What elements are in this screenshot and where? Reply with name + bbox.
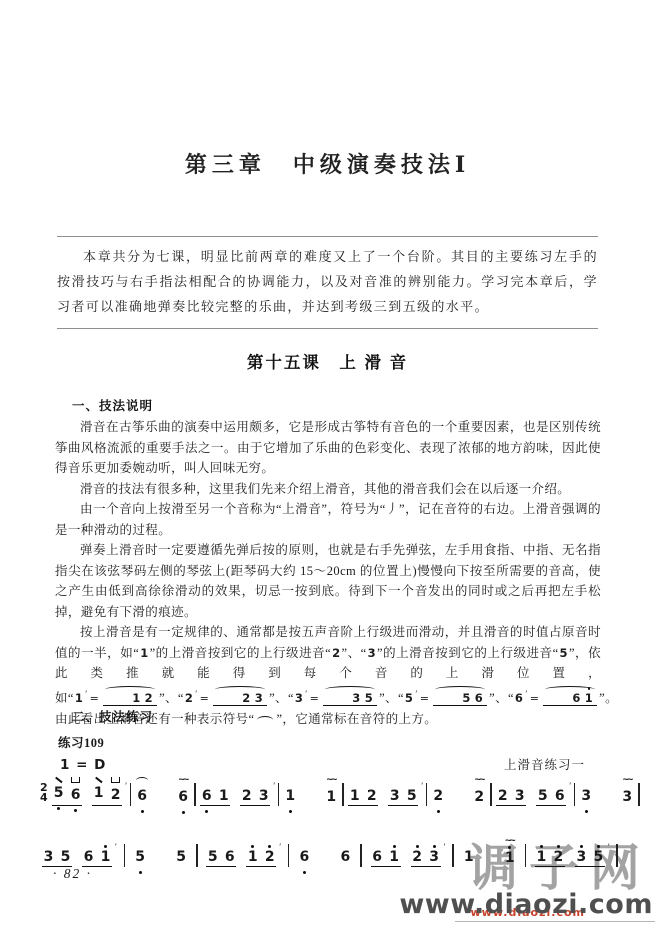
beam-group: 12	[346, 775, 380, 814]
measure: 1~~1	[460, 836, 518, 876]
beam-group: 56	[50, 775, 84, 813]
jianpu-note: 1	[533, 836, 550, 875]
measure: 1~~1	[282, 775, 340, 815]
note-number: 6	[84, 850, 94, 865]
bar-line	[342, 783, 344, 806]
note-number: 2	[474, 790, 484, 805]
note-number: 1	[326, 790, 336, 805]
note-number: 3	[581, 789, 591, 804]
note-number: 2	[111, 788, 121, 803]
note-number: 2	[553, 850, 563, 865]
beam-group: 61	[198, 775, 232, 814]
note-number: 3	[515, 789, 525, 804]
note-number: 5	[538, 789, 548, 804]
score-line: 245612′6~~66123′1~~11235′2~~22356′3~~3	[40, 775, 640, 815]
technique-paragraph-2: 滑音的技法有很多种，这里我们先来介绍上滑音，其他的滑音我们会在以后逐一介绍。	[55, 479, 601, 500]
slide-equation: 2′=23	[184, 691, 269, 705]
beam-group-wrap: 12′	[244, 836, 281, 875]
high-octave-dot	[433, 845, 436, 848]
note-number: 2	[433, 789, 443, 804]
measure: 5612′	[50, 775, 127, 813]
inline-note-number: 5	[559, 646, 569, 660]
jianpu-note: 1	[215, 775, 232, 814]
jianpu-note: 1	[460, 836, 477, 875]
equation-pair-note: 3	[253, 691, 265, 705]
high-octave-dot	[597, 845, 600, 848]
high-octave-dot	[251, 845, 254, 848]
measure: 55	[132, 836, 190, 875]
score-line: 3561′555612′666123′1~~11235′	[40, 836, 618, 876]
measure: 6123′	[369, 836, 446, 875]
watermark-underline	[455, 921, 655, 922]
octave-dot-below-zone	[139, 865, 142, 875]
jianpu-note: 5	[57, 836, 74, 875]
slide-equation: 3′=35	[294, 691, 379, 705]
score-caption: 上滑音练习一	[504, 755, 585, 773]
bar-line	[124, 844, 126, 867]
octave-dot-below-zone	[205, 804, 208, 814]
beam-group: 56	[534, 775, 568, 814]
equation-left-note: 1	[74, 691, 84, 705]
octave-dot-below-zone	[57, 801, 60, 811]
note-number: 3	[390, 789, 400, 804]
score: 245612′6~~66123′1~~11235′2~~22356′3~~335…	[40, 775, 644, 876]
jianpu-note: 2	[550, 836, 567, 875]
jianpu-note: 5	[50, 775, 67, 811]
equation-left-note: 6	[514, 691, 524, 705]
jianpu-note: 1	[97, 836, 114, 875]
bar-line	[426, 783, 428, 806]
beam-group-wrap: 61	[198, 775, 232, 814]
jianpu-note: 1	[282, 775, 299, 814]
jianpu-note: 1	[244, 836, 261, 875]
jianpu-note: 6	[369, 836, 386, 875]
low-octave-dot	[182, 811, 185, 814]
wavy-mark-icon: ~~	[505, 837, 514, 846]
beam-group: 12	[90, 775, 124, 813]
key-signature: 1 = D	[60, 757, 106, 773]
beam-group: 23	[238, 775, 272, 814]
jianpu-note: 1	[90, 775, 107, 811]
slide-tick-symbol: ′	[125, 781, 127, 791]
jianpu-note: 3	[40, 836, 57, 875]
beam-group: 23	[494, 775, 528, 814]
wavy-mark-icon: ~~	[327, 776, 336, 785]
high-octave-dot	[268, 845, 271, 848]
note-number: 1	[536, 850, 546, 865]
measure: 3561′	[40, 836, 117, 875]
note-number: 2	[498, 789, 508, 804]
jianpu-note: 6	[551, 775, 568, 814]
note-number: 3	[259, 789, 269, 804]
note-number: 6	[178, 790, 188, 805]
note-number: 5	[208, 850, 218, 865]
equation-pair-note: 1	[583, 691, 595, 705]
high-octave-dot	[393, 845, 396, 848]
octave-dot-below-zone	[303, 865, 306, 875]
slide-tick-symbol: ′	[608, 842, 610, 852]
octave-dot-below-zone	[289, 804, 292, 814]
jianpu-note: 5	[204, 836, 221, 875]
jianpu-note: 5	[403, 775, 420, 814]
jianpu-note: 3	[255, 775, 272, 814]
bar-line	[638, 783, 640, 806]
slide-tick-symbol: ′	[115, 842, 117, 852]
equation-left-note: 5	[404, 691, 414, 705]
equation-pair-note: 6	[473, 691, 485, 705]
bar-line	[196, 844, 198, 867]
slide-tick-symbol: ′	[421, 781, 423, 791]
beam-group: 61	[369, 836, 403, 875]
exercise-label: 练习109	[58, 733, 104, 751]
wavy-mark-icon: ~~	[475, 776, 484, 785]
beam-group: 35	[573, 836, 607, 875]
arc-mark-icon	[136, 777, 148, 784]
beam-group-wrap: 12′	[90, 775, 127, 813]
bracket-mark-icon	[111, 777, 120, 783]
jianpu-note: 3	[386, 775, 403, 814]
equation-note-pair: 35	[323, 692, 377, 706]
jianpu-note: 6	[67, 775, 84, 813]
jianpu-note: 6	[296, 836, 313, 875]
equation-pair-note: 6	[570, 691, 582, 705]
note-number: 3	[576, 850, 586, 865]
technique-paragraphs: 滑音在古筝乐曲的演奏中运用颇多，它是形成古筝特有音色的一个重要因素，也是区别传统…	[55, 417, 601, 730]
jianpu-note: 6	[134, 775, 151, 814]
chapter-intro-text: 本章共分为七课，明显比前两章的难度又上了一个台阶。其目的主要练习左手的按滑技巧与…	[57, 244, 598, 319]
slide-arc-symbol	[257, 716, 273, 724]
measure: 6123′	[198, 775, 275, 814]
bar-line	[360, 844, 362, 867]
jianpu-note: 2	[494, 775, 511, 814]
note-number: 6	[372, 850, 382, 865]
time-sig-denominator: 4	[40, 793, 48, 803]
jianpu-note: 5	[132, 836, 149, 875]
inline-note-number: 2	[331, 646, 341, 660]
jianpu-note: ~~1	[501, 836, 518, 876]
jianpu-note: 3	[578, 775, 595, 814]
note-number: 6	[300, 850, 310, 865]
note-number: 5	[61, 850, 71, 865]
low-octave-dot	[74, 809, 77, 812]
high-octave-dot	[557, 845, 560, 848]
jianpu-note: 6	[337, 836, 354, 875]
beam-group-wrap: 35′	[573, 836, 610, 875]
beam-group: 23	[409, 836, 443, 875]
low-octave-dot	[57, 807, 60, 810]
note-number: 5	[135, 850, 145, 865]
equation-pair-note: 3	[350, 691, 362, 705]
wavy-mark-icon: ~~	[179, 776, 188, 785]
slide-tick-symbol: ′	[279, 842, 281, 852]
note-number: 2	[265, 850, 275, 865]
jianpu-note: 5	[534, 775, 551, 814]
slide-tick-symbol: ′	[569, 781, 571, 791]
measure: 3~~3	[578, 775, 636, 815]
note-number: 3	[44, 850, 54, 865]
equals-sign: =	[528, 692, 542, 705]
jianpu-note: 5	[590, 836, 607, 875]
beam-group: 56	[204, 836, 238, 875]
beam-group: 12	[244, 836, 278, 875]
equation-note-pair: 12	[103, 692, 157, 706]
beam-group-wrap: 61′	[80, 836, 117, 875]
low-octave-dot	[141, 810, 144, 813]
equation-note-pair: 61	[543, 692, 597, 706]
technique-paragraph-3: 由一个音向上按滑至另一个音称为“上滑音”，符号为“丿”，记在音符的右边。上滑音强…	[55, 499, 601, 540]
beam-group-wrap: 12	[533, 836, 567, 875]
beam-group: 35	[40, 836, 74, 875]
slide-tick-symbol: ′	[273, 781, 275, 791]
note-number: 1	[464, 850, 474, 865]
note-number: 6	[71, 788, 81, 803]
bar-line	[194, 783, 196, 806]
wavy-mark-icon: ~~	[623, 776, 632, 785]
note-number: 1	[389, 850, 399, 865]
note-number: 1	[505, 851, 515, 866]
jianpu-note: 3	[573, 836, 590, 875]
jianpu-note: 2	[430, 775, 447, 814]
beam-group-wrap: 23′	[238, 775, 275, 814]
bar-line	[452, 844, 454, 867]
note-number: 1	[248, 850, 258, 865]
section2-heading: 二、技法练习	[72, 707, 153, 725]
note-number: 3	[429, 850, 439, 865]
slide-mark-icon	[55, 777, 62, 783]
technique-paragraph-4: 弹奏上滑音时一定要遵循先弹后按的原则，也就是右手先弹弦，左手用食指、中指、无名指…	[55, 540, 601, 622]
high-octave-dot	[508, 846, 511, 849]
note-number: 2	[367, 789, 377, 804]
jianpu-note: 2	[363, 775, 380, 814]
lesson-title: 第十五课 上 滑 音	[0, 349, 655, 373]
equals-sign: =	[418, 692, 432, 705]
note-number: 5	[176, 850, 186, 865]
note-number: 1	[350, 789, 360, 804]
low-octave-dot	[437, 810, 440, 813]
beam-group: 12	[533, 836, 567, 875]
inline-note-number: 1	[139, 646, 149, 660]
equation-pair-note: 1	[130, 691, 142, 705]
low-octave-dot	[585, 810, 588, 813]
low-octave-dot	[303, 871, 306, 874]
jianpu-note: ~~6	[175, 775, 192, 815]
jianpu-note: ~~3	[619, 775, 636, 815]
octave-dot-below-zone	[182, 805, 185, 815]
jianpu-note: 1	[386, 836, 403, 875]
bar-line	[130, 783, 132, 806]
jianpu-note: 3	[511, 775, 528, 814]
jianpu-note: 6	[221, 836, 238, 875]
low-octave-dot	[289, 810, 292, 813]
measure: 1235′	[533, 836, 610, 875]
time-signature: 24	[40, 783, 48, 803]
equation-pair-note: 2	[143, 691, 155, 705]
note-number: 5	[407, 789, 417, 804]
note-number: 2	[242, 789, 252, 804]
slide-equation: 6′=61	[514, 691, 599, 705]
measure: 5612′	[204, 836, 281, 875]
slide-mark-icon	[95, 777, 102, 783]
note-number: 6	[225, 850, 235, 865]
note-number: 6	[202, 789, 212, 804]
equation-pair-note: 5	[460, 691, 472, 705]
beam-group: 61	[80, 836, 114, 875]
technique-paragraph-1: 滑音在古筝乐曲的演奏中运用颇多，它是形成古筝特有音色的一个重要因素，也是区别传统…	[55, 417, 601, 479]
bar-line	[574, 783, 576, 806]
note-number: 6	[555, 789, 565, 804]
measure: 2~~2	[430, 775, 488, 815]
high-octave-dot	[416, 845, 419, 848]
low-octave-dot	[205, 810, 208, 813]
bar-line	[616, 844, 618, 867]
beam-group-wrap: 56	[204, 836, 238, 875]
note-number: 6	[137, 789, 147, 804]
measure: 6~~6	[134, 775, 192, 815]
section1-heading: 一、技法说明	[72, 396, 153, 414]
high-octave-dot	[104, 845, 107, 848]
slide-tick-symbol: ′	[444, 842, 446, 852]
low-octave-dot	[139, 871, 142, 874]
jianpu-note: 2	[261, 836, 278, 875]
jianpu-note: 2	[238, 775, 255, 814]
bracket-mark-icon	[71, 777, 80, 783]
jianpu-note: 6	[198, 775, 215, 814]
jianpu-note: ~~2	[471, 775, 488, 815]
note-number: 5	[54, 786, 64, 801]
beam-group-wrap: 56	[50, 775, 84, 813]
watermark-site-url: www.diaozi.com	[399, 891, 653, 919]
bar-line	[490, 783, 492, 806]
note-number: 6	[341, 850, 351, 865]
note-number: 1	[101, 850, 111, 865]
jianpu-note: 2	[107, 775, 124, 813]
chapter-intro-box: 本章共分为七课，明显比前两章的难度又上了一个台阶。其目的主要练习左手的按滑技巧与…	[57, 236, 598, 329]
equation-note-pair: 23	[213, 692, 267, 706]
equals-sign: =	[88, 692, 102, 705]
measure: 1235′	[346, 775, 423, 814]
book-page: 第三章 中级演奏技法Ⅰ 本章共分为七课，明显比前两章的难度又上了一个台阶。其目的…	[0, 0, 655, 928]
high-octave-dot	[540, 845, 543, 848]
beam-group-wrap: 23	[494, 775, 528, 814]
beam-group-wrap: 35′	[386, 775, 423, 814]
equation-note-pair: 56	[433, 692, 487, 706]
jianpu-note: 5	[173, 836, 190, 875]
measure: 2356′	[494, 775, 571, 814]
beam-group-wrap: 23′	[409, 836, 446, 875]
beam-group: 35	[386, 775, 420, 814]
equation-pair-note: 5	[363, 691, 375, 705]
note-number: 1	[285, 789, 295, 804]
equation-left-note: 3	[294, 691, 304, 705]
octave-dot-below-zone	[437, 804, 440, 814]
beam-group-wrap: 12	[346, 775, 380, 814]
beam-group-wrap: 35	[40, 836, 74, 875]
equals-sign: =	[198, 692, 212, 705]
slide-equation: 5′=56	[404, 691, 489, 705]
octave-dot-below-zone	[141, 804, 144, 814]
note-number: 1	[219, 789, 229, 804]
octave-dot-below-zone	[585, 804, 588, 814]
jianpu-note: 3	[426, 836, 443, 875]
bar-line	[525, 844, 527, 867]
note-number: 2	[412, 850, 422, 865]
bar-line	[278, 783, 280, 806]
equation-left-note: 2	[184, 691, 194, 705]
jianpu-note: 2	[409, 836, 426, 875]
high-octave-dot	[580, 845, 583, 848]
chapter-title: 第三章 中级演奏技法Ⅰ	[0, 148, 655, 179]
inline-note-number: 3	[367, 646, 377, 660]
slide-equation: 1′=12	[74, 691, 159, 705]
equation-pair-note: 2	[240, 691, 252, 705]
equals-sign: =	[308, 692, 322, 705]
jianpu-note: ~~1	[323, 775, 340, 815]
note-number: 5	[593, 850, 603, 865]
measure: 66	[296, 836, 354, 875]
note-number: 1	[94, 786, 104, 801]
jianpu-note: 6	[80, 836, 97, 875]
beam-group-wrap: 56′	[534, 775, 571, 814]
octave-dot-below-zone	[74, 803, 77, 813]
note-number: 3	[622, 790, 632, 805]
beam-group-wrap: 61	[369, 836, 403, 875]
bar-line	[288, 844, 290, 867]
jianpu-note: 1	[346, 775, 363, 814]
score-header: 1 = D 上滑音练习一	[60, 755, 585, 773]
